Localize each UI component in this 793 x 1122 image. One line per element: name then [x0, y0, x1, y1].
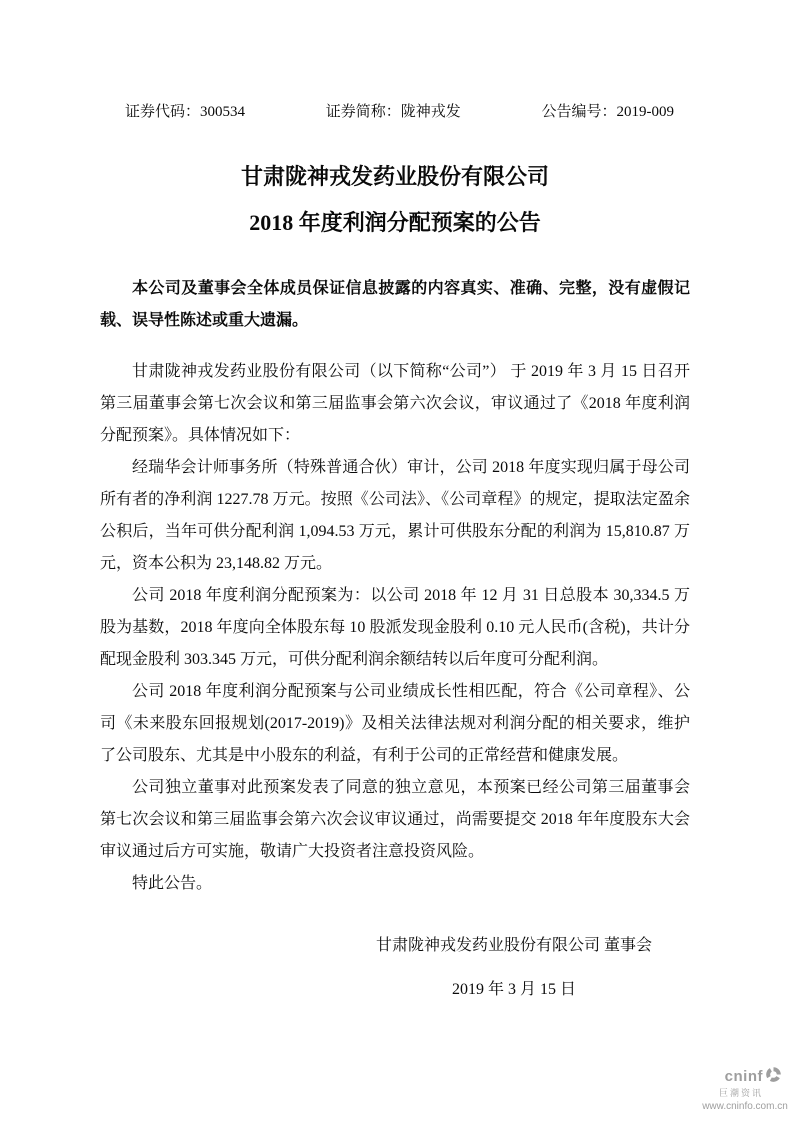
signature-date: 2019 年 3 月 15 日	[376, 968, 652, 1012]
cninfo-logo: cninf 巨潮资讯 www.cninfo.com.cn	[702, 1066, 788, 1112]
paragraph-meeting-overview: 甘肃陇神戎发药业股份有限公司（以下简称“公司”） 于 2019 年 3 月 15…	[100, 356, 690, 452]
signature-block: 甘肃陇神戎发药业股份有限公司 董事会 2019 年 3 月 15 日	[376, 924, 652, 1012]
company-title: 甘肃陇神戎发药业股份有限公司	[100, 163, 690, 191]
stock-short-name: 证券简称：陇神戎发	[326, 100, 461, 124]
signature-company: 甘肃陇神戎发药业股份有限公司 董事会	[376, 924, 652, 968]
announcement-title: 2018 年度利润分配预案的公告	[100, 209, 690, 237]
announcement-number: 公告编号：2019-009	[542, 100, 675, 124]
cninfo-url: www.cninfo.com.cn	[702, 1101, 788, 1112]
document-header: 证券代码：300534 证券简称：陇神戎发 公告编号：2019-009	[100, 100, 690, 124]
cninfo-brand-row: cninf	[702, 1066, 788, 1088]
cninfo-swirl-icon	[765, 1066, 782, 1088]
paragraph-audit-results: 经瑞华会计师事务所（特殊普通合伙）审计，公司 2018 年度实现归属于母公司所有…	[100, 452, 690, 580]
announcement-page: 证券代码：300534 证券简称：陇神戎发 公告编号：2019-009 甘肃陇神…	[0, 0, 793, 1122]
paragraph-closing: 特此公告。	[100, 868, 690, 900]
stock-code: 证券代码：300534	[125, 100, 245, 124]
announcement-body: 甘肃陇神戎发药业股份有限公司（以下简称“公司”） 于 2019 年 3 月 15…	[100, 356, 690, 900]
paragraph-approval-process: 公司独立董事对此预案发表了同意的独立意见，本预案已经公司第三届董事会第七次会议和…	[100, 772, 690, 868]
disclaimer-statement: 本公司及董事会全体成员保证信息披露的内容真实、准确、完整，没有虚假记载、误导性陈…	[100, 273, 690, 337]
signature-area: 甘肃陇神戎发药业股份有限公司 董事会 2019 年 3 月 15 日	[100, 924, 690, 1012]
cninfo-chinese-name: 巨潮资讯	[702, 1089, 788, 1099]
paragraph-distribution-plan: 公司 2018 年度利润分配预案为：以公司 2018 年 12 月 31 日总股…	[100, 580, 690, 676]
paragraph-compliance: 公司 2018 年度利润分配预案与公司业绩成长性相匹配，符合《公司章程》、公司《…	[100, 676, 690, 772]
cninfo-brand-text: cninf	[725, 1069, 763, 1086]
